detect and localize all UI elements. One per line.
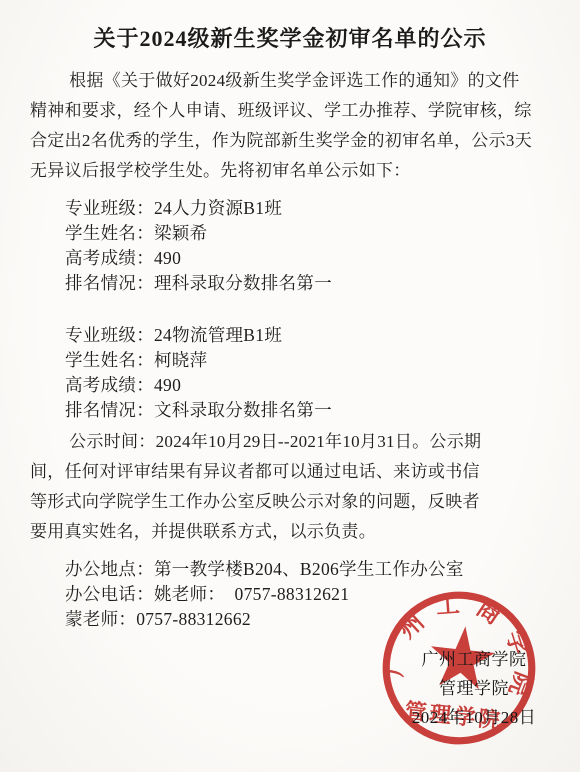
student1-ranking: 排名情况：理科录取分数排名第一	[65, 271, 550, 296]
intro-paragraph: 根据《关于做好2024级新生奖学金评选工作的通知》的文件 精神和要求，经个人申请…	[30, 66, 536, 186]
student1-name: 学生姓名：梁颖希	[65, 221, 550, 246]
announcement-document: 关于2024级新生奖学金初审名单的公示 根据《关于做好2024级新生奖学金评选工…	[0, 0, 580, 772]
signature-date: 2024年10月28日	[408, 703, 540, 732]
signature-org-line1: 广州工商学院	[408, 645, 540, 674]
student2-name: 学生姓名：柯晓萍	[65, 348, 550, 373]
student2-ranking: 排名情况：文科录取分数排名第一	[65, 398, 550, 423]
office-location: 办公地点：第一教学楼B204、B206学生工作办公室	[65, 557, 550, 582]
student-block-1: 专业班级：24人力资源B1班 学生姓名：梁颖希 高考成绩：490 排名情况：理科…	[65, 196, 550, 296]
signature-org-line2: 管理学院	[408, 674, 540, 703]
document-title: 关于2024级新生奖学金初审名单的公示	[0, 0, 580, 54]
notice-paragraph: 公示时间：2024年10月29日--2021年10月31日。公示期 间，任何对评…	[30, 427, 536, 547]
student1-class: 专业班级：24人力资源B1班	[65, 196, 550, 221]
student-block-2: 专业班级：24物流管理B1班 学生姓名：柯晓萍 高考成绩：490 排名情况：文科…	[65, 323, 550, 423]
student2-class: 专业班级：24物流管理B1班	[65, 323, 550, 348]
student1-score: 高考成绩：490	[65, 246, 550, 271]
student2-score: 高考成绩：490	[65, 373, 550, 398]
signature-block: 广州工商学院 管理学院 2024年10月28日	[408, 645, 540, 732]
